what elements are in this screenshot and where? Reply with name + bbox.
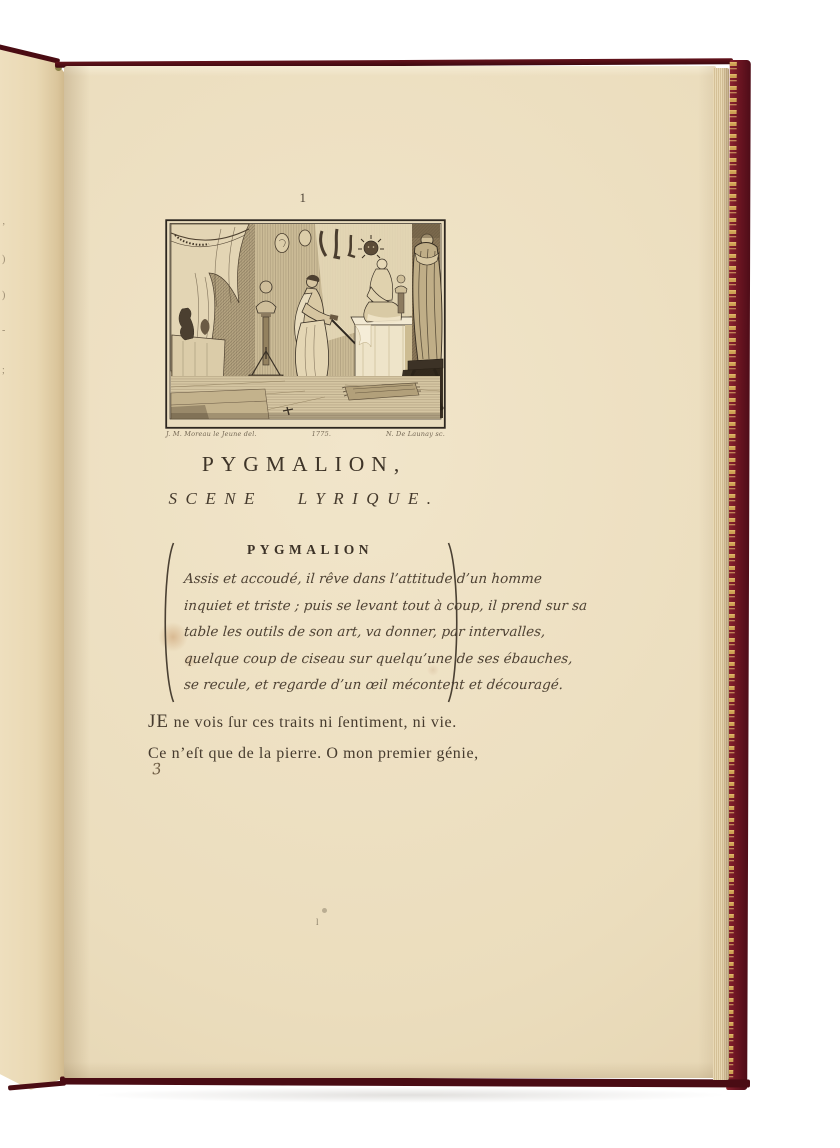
stage-direction-block: PYGMALION Assis et accoudé, il rêve dans… (162, 536, 458, 712)
page-title: PYGMALION, (104, 452, 504, 477)
stage-direction-line: quelque coup de ciseau sur quelqu’une de… (183, 646, 439, 673)
cover-bottom-edge (60, 1076, 750, 1087)
signature-mark: 3 (151, 760, 162, 779)
draped-statue-right (412, 224, 442, 376)
left-page-block: ’ ) ) - ; (0, 38, 67, 1092)
left-page-mark: ’ (2, 222, 5, 233)
stage-direction-lines: Assis et accoudé, il rêve dans l’attitud… (184, 566, 438, 699)
engraving-plate (164, 219, 447, 429)
caption-engraver: N. De Launay sc. (386, 430, 445, 438)
left-page-mark: ) (2, 290, 5, 301)
stage-direction-heading: PYGMALION (162, 536, 458, 558)
verse-lead-capitals: JE (148, 711, 169, 732)
plate-caption-row: J. M. Moreau le Jeune del. 1775. N. De L… (164, 429, 447, 438)
stage-direction-line: inquiet et triste ; puis se levant tout … (183, 593, 439, 620)
engraving-figure: J. M. Moreau le Jeune del. 1775. N. De L… (164, 219, 447, 438)
verse-line: Ce n’eſt que de la pierre. O mon premier… (148, 738, 479, 769)
stage-direction-line: table les outils de son art, va donner, … (183, 619, 439, 646)
stage-direction-line: Assis et accoudé, il rêve dans l’attitud… (183, 566, 439, 593)
left-page-mark: ; (2, 365, 5, 376)
verse-block: JE ne vois ſur ces traits ni ſentiment, … (148, 706, 479, 769)
cover-right-board (726, 60, 751, 1090)
caption-date: 1775. (312, 430, 332, 438)
left-page-mark: ) (2, 254, 5, 265)
book-page: 1 (64, 66, 716, 1078)
verse-line-text: ne vois ſur ces traits ni ſentiment, ni … (169, 714, 457, 731)
left-page-mark: - (2, 325, 5, 336)
caption-delineator: J. M. Moreau le Jeune del. (166, 430, 257, 438)
verse-line: JE ne vois ſur ces traits ni ſentiment, … (148, 706, 479, 738)
page-subtitle: SCENE LYRIQUE. (104, 489, 504, 509)
ink-speck (322, 908, 327, 913)
book-shadow (90, 1087, 730, 1103)
studio-floor (171, 376, 440, 419)
photo-backdrop: ’ ) ) - ; 1 (0, 0, 840, 1148)
page-number: 1 (291, 190, 315, 206)
stage-bracket-left (158, 540, 176, 706)
stage-direction-line: se recule, et regarde d’un œil mécontent… (183, 672, 439, 699)
fore-edge (713, 68, 729, 1080)
stray-ink-mark: l (316, 917, 319, 927)
